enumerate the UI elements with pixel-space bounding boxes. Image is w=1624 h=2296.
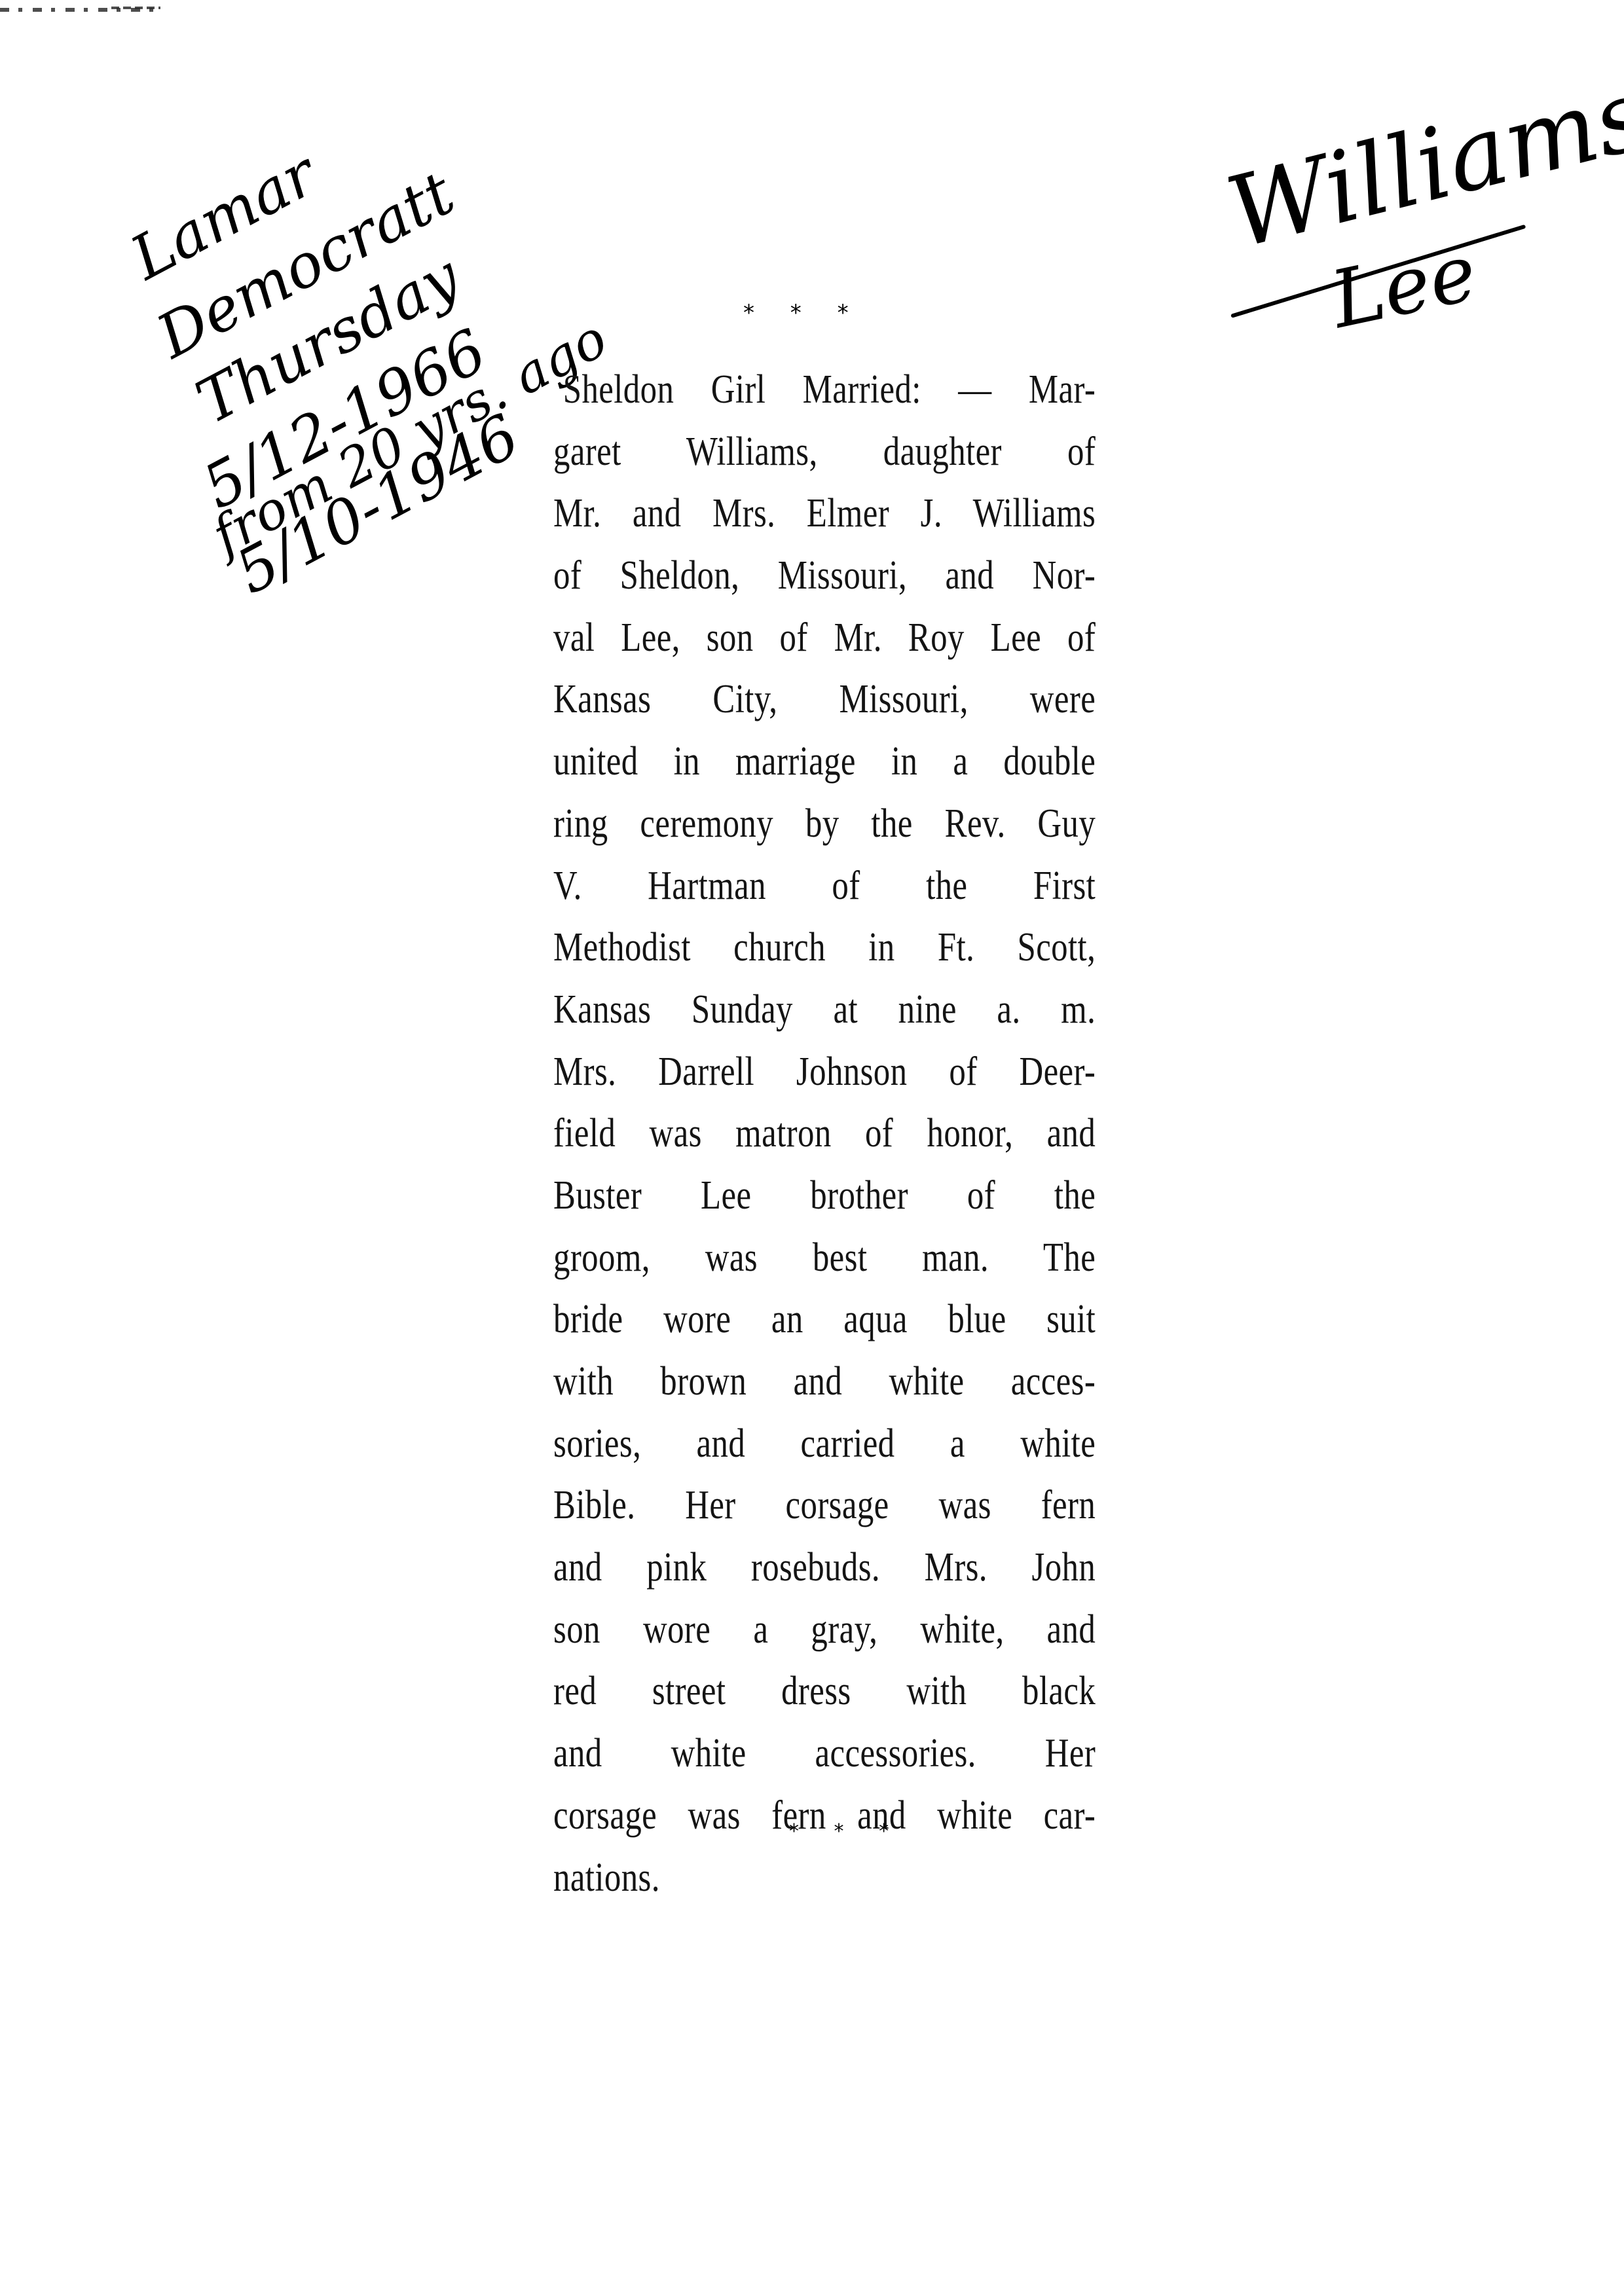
- article-line: and white accessories. Her: [553, 1722, 1096, 1785]
- article-line: of Sheldon, Missouri, and Nor-: [553, 545, 1096, 607]
- article-line: Kansas City, Missouri, were: [553, 668, 1096, 731]
- article-line: Sheldon Girl Married: — Mar-: [553, 359, 1096, 421]
- article-line: Bible. Her corsage was fern: [553, 1474, 1096, 1537]
- article-line: garet Williams, daughter of: [553, 421, 1096, 483]
- article-line: son wore a gray, white, and: [553, 1599, 1096, 1661]
- article-line: Kansas Sunday at nine a. m.: [553, 979, 1096, 1041]
- article-line: V. Hartman of the First: [553, 855, 1096, 917]
- article-line: with brown and white acces-: [553, 1351, 1096, 1413]
- article-line: bride wore an aqua blue suit: [553, 1288, 1096, 1351]
- article-line: field was matron of honor, and: [553, 1102, 1096, 1165]
- newspaper-clipping: Sheldon Girl Married: — Mar-garet Willia…: [553, 359, 1097, 1908]
- handwritten-surnames: Williams Lee: [1231, 131, 1545, 347]
- article-line: sories, and carried a white: [553, 1413, 1096, 1475]
- article-line: united in marriage in a double: [553, 731, 1096, 793]
- article-line: Buster Lee brother of the: [553, 1165, 1096, 1227]
- article-line: val Lee, son of Mr. Roy Lee of: [553, 607, 1096, 669]
- article-line: ring ceremony by the Rev. Guy: [553, 793, 1096, 855]
- separator-stars-top: * * *: [743, 300, 863, 326]
- separator-stars-bottom: * * *: [789, 1820, 903, 1843]
- article-line: groom, was best man. The: [553, 1227, 1096, 1289]
- scan-edge-artifact: [111, 7, 160, 9]
- article-line: red street dress with black: [553, 1660, 1096, 1722]
- article-line: Mr. and Mrs. Elmer J. Williams: [553, 483, 1096, 545]
- article-line: Methodist church in Ft. Scott,: [553, 917, 1096, 979]
- article-line: Mrs. Darrell Johnson of Deer-: [553, 1041, 1096, 1103]
- article-line: nations.: [553, 1847, 1096, 1909]
- article-line: and pink rosebuds. Mrs. John: [553, 1537, 1096, 1599]
